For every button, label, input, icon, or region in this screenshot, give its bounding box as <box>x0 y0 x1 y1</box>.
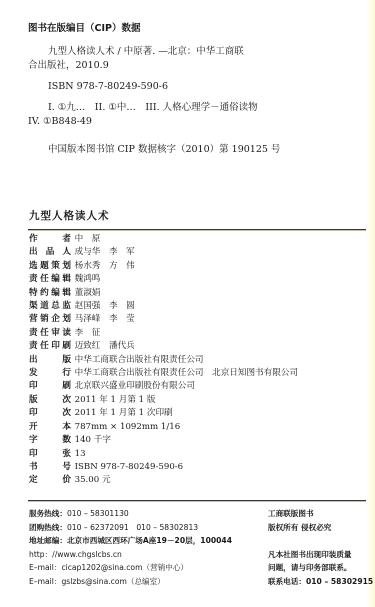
address-postcode: 地址邮编：北京市西城区西环广场A座19－20层，100044 <box>29 534 259 548</box>
label-char: 字 <box>29 434 38 447</box>
credit-value: 马泽峰 李 莹 <box>74 313 135 326</box>
label-char: 出 <box>29 354 38 367</box>
cip-line-title: 九型人格读人术 / 中原著. —北京：中华工商联 <box>28 45 348 59</box>
credit-row: 印张：13 <box>29 448 369 461</box>
credit-row: 定价：35.00 元 <box>29 474 369 487</box>
credit-value: 2011 年 1 月第 1 次印刷 <box>74 407 173 420</box>
label: 地址邮编： <box>29 536 67 545</box>
copyright-page: 图书在版编目（CIP）数据 九型人格读人术 / 中原著. —北京：中华工商联 合… <box>0 0 375 607</box>
credit-row: 出品人：成与华 李 军 <box>29 246 369 259</box>
colon: ： <box>65 421 74 434</box>
value: 010 – 62372091 010 – 58302813 <box>67 523 198 532</box>
credit-value: 中华工商联合出版社有限责任公司 北京日知图书有限公司 <box>74 367 298 380</box>
email-editorial[interactable]: E–mail：gslzbs@sina.com（总编室） <box>29 575 259 589</box>
service-hotline: 服务热线：010 – 58301130 <box>29 507 259 521</box>
credits-list: 作者：中 原出品人：成与华 李 军选题策划：杨水秀 方 伟责任编辑：魏鸿鸣特约编… <box>29 233 369 488</box>
label-char: 书 <box>29 461 38 474</box>
credit-value: 北京联兴盛业印刷股份有限公司 <box>74 380 195 393</box>
credit-value: ISBN 978-7-80249-590-6 <box>74 461 184 474</box>
cip-heading: 图书在版编目（CIP）数据 <box>28 22 348 36</box>
colon: ： <box>65 354 74 367</box>
value: 北京市西城区西环广场A座19－20层，100044 <box>67 536 232 545</box>
credit-value: 魏鸿鸣 <box>74 273 101 286</box>
value: 010 – 58301130 <box>67 509 129 518</box>
credit-value: 迈致红 潘代兵 <box>74 340 135 353</box>
label-char: 总 <box>51 300 60 313</box>
quality-notice-1: 凡本社图书出现印装质量 <box>268 548 373 562</box>
label-char: 企 <box>51 313 60 326</box>
label: 服务热线： <box>29 509 67 518</box>
label-char: 渠 <box>29 300 38 313</box>
credit-value: 董淑娟 <box>74 287 101 300</box>
colon: ： <box>65 287 74 300</box>
colon: ： <box>65 380 74 393</box>
credit-value: 中 原 <box>74 233 101 246</box>
label-char: 开 <box>29 421 38 434</box>
website-link[interactable]: http：//www.chgslcbs.cn <box>29 548 259 562</box>
colon: ： <box>65 474 74 487</box>
colon: ： <box>65 434 74 447</box>
label-char: 作 <box>29 233 38 246</box>
credit-value: 成与华 李 军 <box>74 246 135 259</box>
credit-row: 责任印刷：迈致红 潘代兵 <box>29 340 369 353</box>
credit-value: 13 <box>74 448 86 461</box>
credit-row: 字数：140 千字 <box>29 434 369 447</box>
label-char: 编 <box>51 287 60 300</box>
contact-info: 服务热线：010 – 58301130 团购热线：010 – 62372091 … <box>29 507 259 589</box>
contact-phone: 联系电话：010 – 58302915 <box>268 575 373 589</box>
label: 团购热线： <box>29 523 67 532</box>
credit-value: 35.00 元 <box>74 474 111 487</box>
colon: ： <box>65 461 74 474</box>
colon: ： <box>65 448 74 461</box>
colon: ： <box>65 394 74 407</box>
rights-reserved: 版权所有 侵权必究 <box>268 521 373 535</box>
credit-row: 发行：中华工商联合出版社有限责任公司 北京日知图书有限公司 <box>29 367 369 380</box>
label-char: 品 <box>46 246 55 259</box>
credit-row: 责任编辑：魏鸿鸣 <box>29 273 369 286</box>
copyright-notice: 工商联版图书 版权所有 侵权必究 凡本社图书出现印装质量 问题，请与印务部联系。… <box>268 507 373 589</box>
credit-row: 选题策划：杨水秀 方 伟 <box>29 260 369 273</box>
label-char: 约 <box>40 287 49 300</box>
cip-line-isbn: ISBN 978-7-80249-590-6 <box>28 80 348 94</box>
label-char: 定 <box>29 474 38 487</box>
cip-line-classification: I. ①九… II. ①中… III. 人格心理学－通俗读物 <box>28 101 348 115</box>
colon: ： <box>65 327 74 340</box>
credit-value: 中华工商联合出版社有限责任公司 <box>74 354 204 367</box>
credit-row: 开本：787mm × 1092mm 1/16 <box>29 421 369 434</box>
cip-line-class-code: IV. ①B848-49 <box>28 115 348 129</box>
credit-row: 渠道总监：赵国强 李 圆 <box>29 300 369 313</box>
label-char: 策 <box>51 260 60 273</box>
colon: ： <box>65 260 74 273</box>
credit-value: 杨水秀 方 伟 <box>74 260 135 273</box>
label-char: 营 <box>29 313 38 326</box>
label-char: 出 <box>29 246 38 259</box>
publisher-series: 工商联版图书 <box>268 507 373 521</box>
credit-value: 赵国强 李 圆 <box>74 300 135 313</box>
credit-row: 责任审读：李 征 <box>29 327 369 340</box>
divider-top <box>28 229 366 230</box>
spacer <box>268 534 373 548</box>
credit-row: 特约编辑：董淑娟 <box>29 287 369 300</box>
credit-row: 出版：中华工商联合出版社有限责任公司 <box>29 354 369 367</box>
credit-row: 印次：2011 年 1 月第 1 次印刷 <box>29 407 369 420</box>
credit-row: 营销企划：马泽峰 李 莹 <box>29 313 369 326</box>
colon: ： <box>65 367 74 380</box>
colon: ： <box>65 246 74 259</box>
credit-row: 书号：ISBN 978-7-80249-590-6 <box>29 461 369 474</box>
colon: ： <box>65 313 74 326</box>
label-char: 特 <box>29 287 38 300</box>
label-char: 版 <box>29 394 38 407</box>
colon: ： <box>65 300 74 313</box>
label-char: 印 <box>29 407 38 420</box>
label-char: 审 <box>51 327 60 340</box>
cip-line-record-number: 中国版本图书馆 CIP 数据核字（2010）第 190125 号 <box>28 143 348 157</box>
label-char: 任 <box>40 340 49 353</box>
credit-row: 印刷：北京联兴盛业印刷股份有限公司 <box>29 380 369 393</box>
book-title: 九型人格读人术 <box>29 208 110 223</box>
credit-value: 李 征 <box>74 327 101 340</box>
credit-value: 787mm × 1092mm 1/16 <box>74 421 181 434</box>
label-char: 印 <box>29 448 38 461</box>
label-char: 题 <box>40 260 49 273</box>
group-purchase-hotline: 团购热线：010 – 62372091 010 – 58302813 <box>29 521 259 535</box>
label-char: 发 <box>29 367 38 380</box>
credit-row: 版次：2011 年 1 月第 1 版 <box>29 394 369 407</box>
quality-notice-2: 问题，请与印务部联系。 <box>268 561 373 575</box>
colon: ： <box>65 407 74 420</box>
label-char: 任 <box>40 327 49 340</box>
cip-line-publisher: 合出版社，2010.9 <box>28 59 348 73</box>
colon: ： <box>65 233 74 246</box>
label-char: 选 <box>29 260 38 273</box>
label-char: 任 <box>40 273 49 286</box>
label-char: 印 <box>51 340 60 353</box>
email-marketing[interactable]: E–mail：cicap1202@sina.com（营销中心） <box>29 561 259 575</box>
label-char: 编 <box>51 273 60 286</box>
divider-bottom <box>28 500 366 501</box>
cip-block: 图书在版编目（CIP）数据 九型人格读人术 / 中原著. —北京：中华工商联 合… <box>28 22 348 157</box>
credit-row: 作者：中 原 <box>29 233 369 246</box>
label-char: 道 <box>40 300 49 313</box>
colon: ： <box>65 273 74 286</box>
credit-value: 2011 年 1 月第 1 版 <box>74 394 156 407</box>
label-char: 责 <box>29 273 38 286</box>
label-char: 责 <box>29 340 38 353</box>
colon: ： <box>65 340 74 353</box>
credit-value: 140 千字 <box>74 434 111 447</box>
label-char: 责 <box>29 327 38 340</box>
label-char: 印 <box>29 380 38 393</box>
label-char: 销 <box>40 313 49 326</box>
